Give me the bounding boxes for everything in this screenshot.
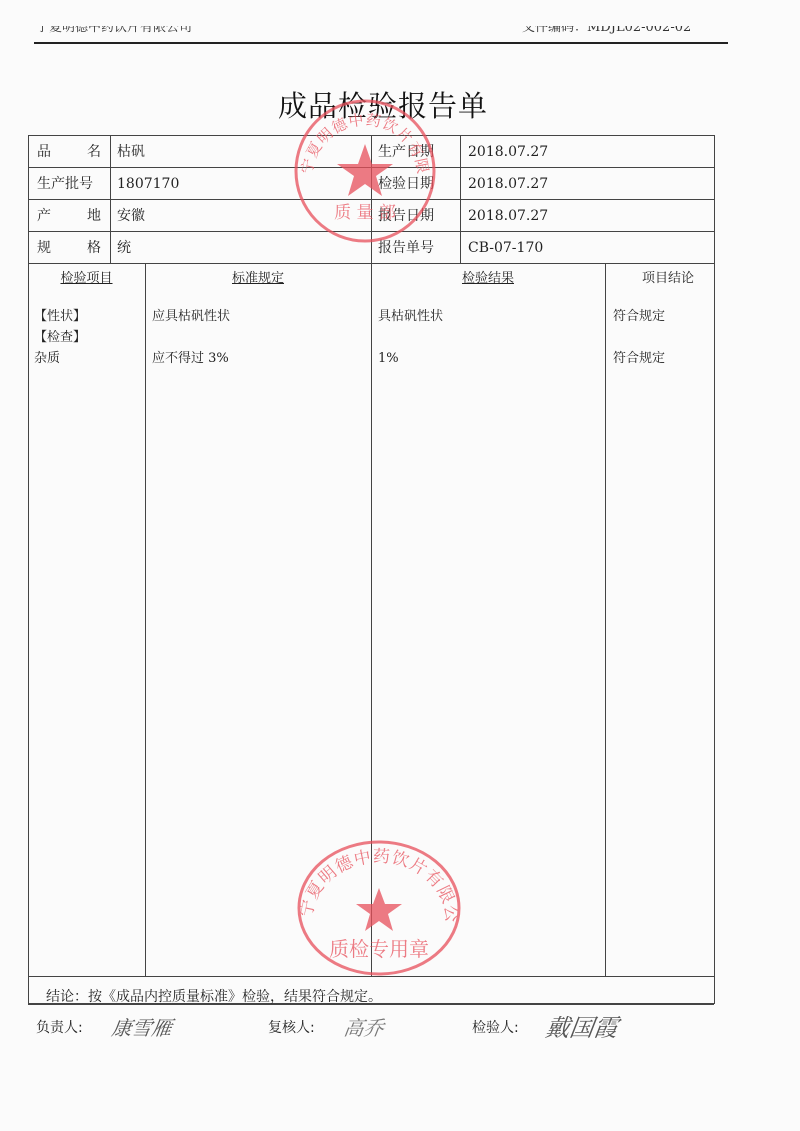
company-name: 宁夏明德中药饮片有限公司 <box>36 26 236 34</box>
conclusion-text: 结论：按《成品内控质量标准》检验，结果符合规定。 <box>46 986 382 1006</box>
col-header-result: 检验结果 <box>371 267 605 286</box>
info-label: 报告单号 <box>378 240 434 256</box>
responsible-signature: 康雪雁 <box>110 1012 174 1041</box>
doc-code: 文件编码：MDJL02-002-02 <box>522 26 722 34</box>
info-label: 规格 <box>37 240 101 256</box>
qc-special-stamp: 宁夏明德中药饮片有限公司 质检专用章 <box>294 838 464 978</box>
col-header-conclusion-label: 项目结论 <box>642 267 694 286</box>
info-value: 2018.07.27 <box>468 144 548 160</box>
inspector-label: 检验人: <box>472 1017 519 1037</box>
info-label: 产地 <box>37 208 101 224</box>
doc-code-header: 文件编码：MDJL02-002-02 <box>522 26 722 40</box>
result-item: 【性状】 <box>34 309 86 324</box>
svg-text:质检专用章: 质检专用章 <box>329 937 429 961</box>
inspector-signature: 戴国霞 <box>544 1008 621 1043</box>
result-conclusion: 符合规定 <box>613 351 665 366</box>
result-standard: 应不得过 3% <box>152 351 229 366</box>
reviewer-signature: 高乔 <box>342 1012 386 1041</box>
result-item: 【检查】 <box>34 330 86 345</box>
col-header-item: 检验项目 <box>28 267 145 286</box>
info-label: 检验日期 <box>378 176 434 192</box>
info-label: 报告日期 <box>378 208 434 224</box>
info-value: 2018.07.27 <box>468 208 548 224</box>
result-result: 1% <box>378 351 399 366</box>
info-value: 统 <box>117 240 131 256</box>
col-header-standard: 标准规定 <box>145 267 371 286</box>
company-header: 宁夏明德中药饮片有限公司 <box>36 26 236 40</box>
report-title: 成品检验报告单 <box>0 84 766 125</box>
info-value: 2018.07.27 <box>468 176 548 192</box>
header-rule <box>34 42 728 44</box>
info-value: 安徽 <box>117 208 145 224</box>
info-value: CB-07-170 <box>468 240 543 256</box>
info-value: 枯矾 <box>117 144 145 160</box>
info-label: 品名 <box>37 144 101 160</box>
info-label: 生产日期 <box>378 144 434 160</box>
info-label: 生产批号 <box>37 176 93 192</box>
responsible-label: 负责人: <box>36 1017 83 1037</box>
result-standard: 应具枯矾性状 <box>152 309 230 324</box>
result-conclusion: 符合规定 <box>613 309 665 324</box>
info-value: 1807170 <box>117 176 179 192</box>
col-header-conclusion: 项目结论 <box>605 267 714 286</box>
svg-text:宁夏明德中药饮片有限公司: 宁夏明德中药饮片有限公司 <box>294 838 462 924</box>
result-item: 杂质 <box>34 351 60 366</box>
result-result: 具枯矾性状 <box>378 309 443 324</box>
reviewer-label: 复核人: <box>268 1017 315 1037</box>
